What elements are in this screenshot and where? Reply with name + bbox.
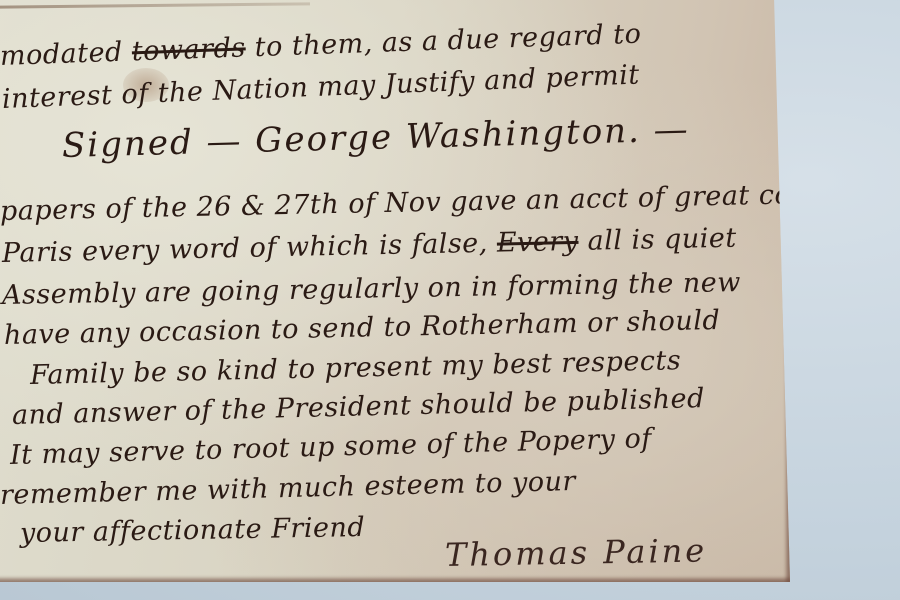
letter-line-11: remember me with much esteem to your [0, 466, 576, 511]
paper-fold-line [0, 2, 310, 8]
letter-line-10: It may serve to root up some of the Pope… [10, 423, 653, 471]
washington-signature-line: Signed — George Washington. — [61, 110, 690, 166]
letter-line-7: have any occasion to send to Rotherham o… [4, 305, 721, 351]
letter-line-8: Family be so kind to present my best res… [30, 345, 682, 391]
letter-paper: modated towards to them, as a due regard… [0, 0, 790, 582]
struck-word: towards [131, 32, 246, 67]
letter-closing: your affectionate Friend [20, 512, 366, 549]
letter-line-5: Paris every word of which is false, Ever… [2, 223, 737, 269]
letter-line-4: papers of the 26 & 27th of Nov gave an a… [0, 179, 827, 227]
paine-signature: Thomas Paine [445, 531, 708, 574]
letter-line-6: Assembly are going regularly on in formi… [2, 267, 741, 311]
struck-word: Every [497, 226, 579, 259]
